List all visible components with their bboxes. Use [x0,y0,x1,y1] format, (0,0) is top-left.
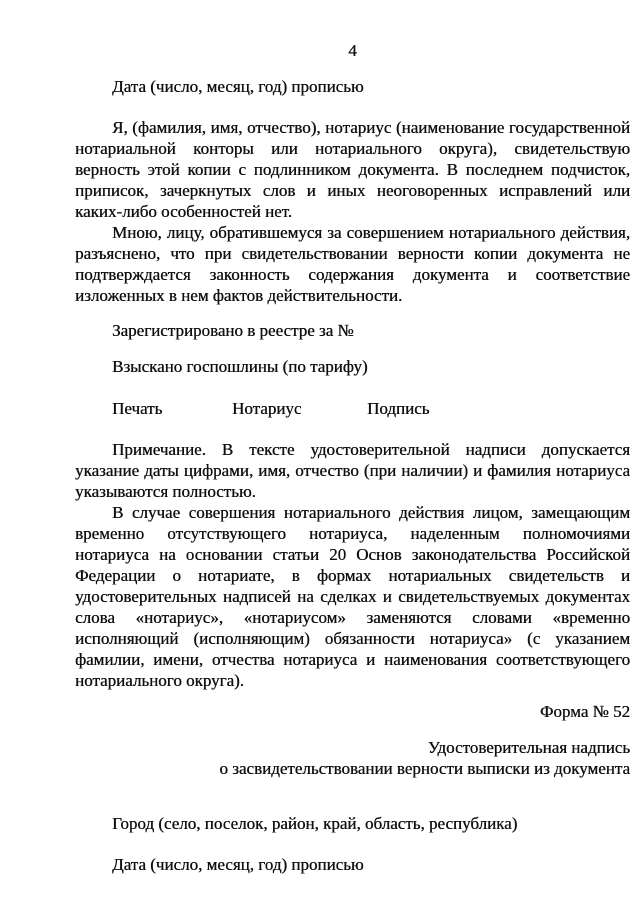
date-line-bottom: Дата (число, месяц, год) прописью [75,854,630,875]
fee-line: Взыскано госпошлины (по тарифу) [75,356,630,377]
form-title-line-2: о засвидетельствовании верности выписки … [75,758,630,779]
date-line-top: Дата (число, месяц, год) прописью [75,76,630,97]
signature-label: Подпись [367,398,429,419]
substitution-note-paragraph: В случае совершения нотариального действ… [75,502,630,691]
clarification-paragraph: Мною, лицу, обратившемуся за совершением… [75,222,630,306]
attestation-paragraph: Я, (фамилия, имя, отчество), нотариус (н… [75,117,630,222]
signature-row: Печать Нотариус Подпись [75,398,630,419]
form-number-label: Форма № 52 [75,701,630,722]
form-title-line-1: Удостоверительная надпись [75,737,630,758]
city-line: Город (село, поселок, район, край, облас… [75,813,630,834]
page-number: 4 [75,40,630,61]
seal-label: Печать [112,398,162,419]
registry-line: Зарегистрировано в реестре за № [75,320,630,341]
notary-label: Нотариус [232,398,301,419]
document-page: 4 Дата (число, месяц, год) прописью Я, (… [0,0,640,905]
note-paragraph: Примечание. В тексте удостоверительной н… [75,439,630,502]
